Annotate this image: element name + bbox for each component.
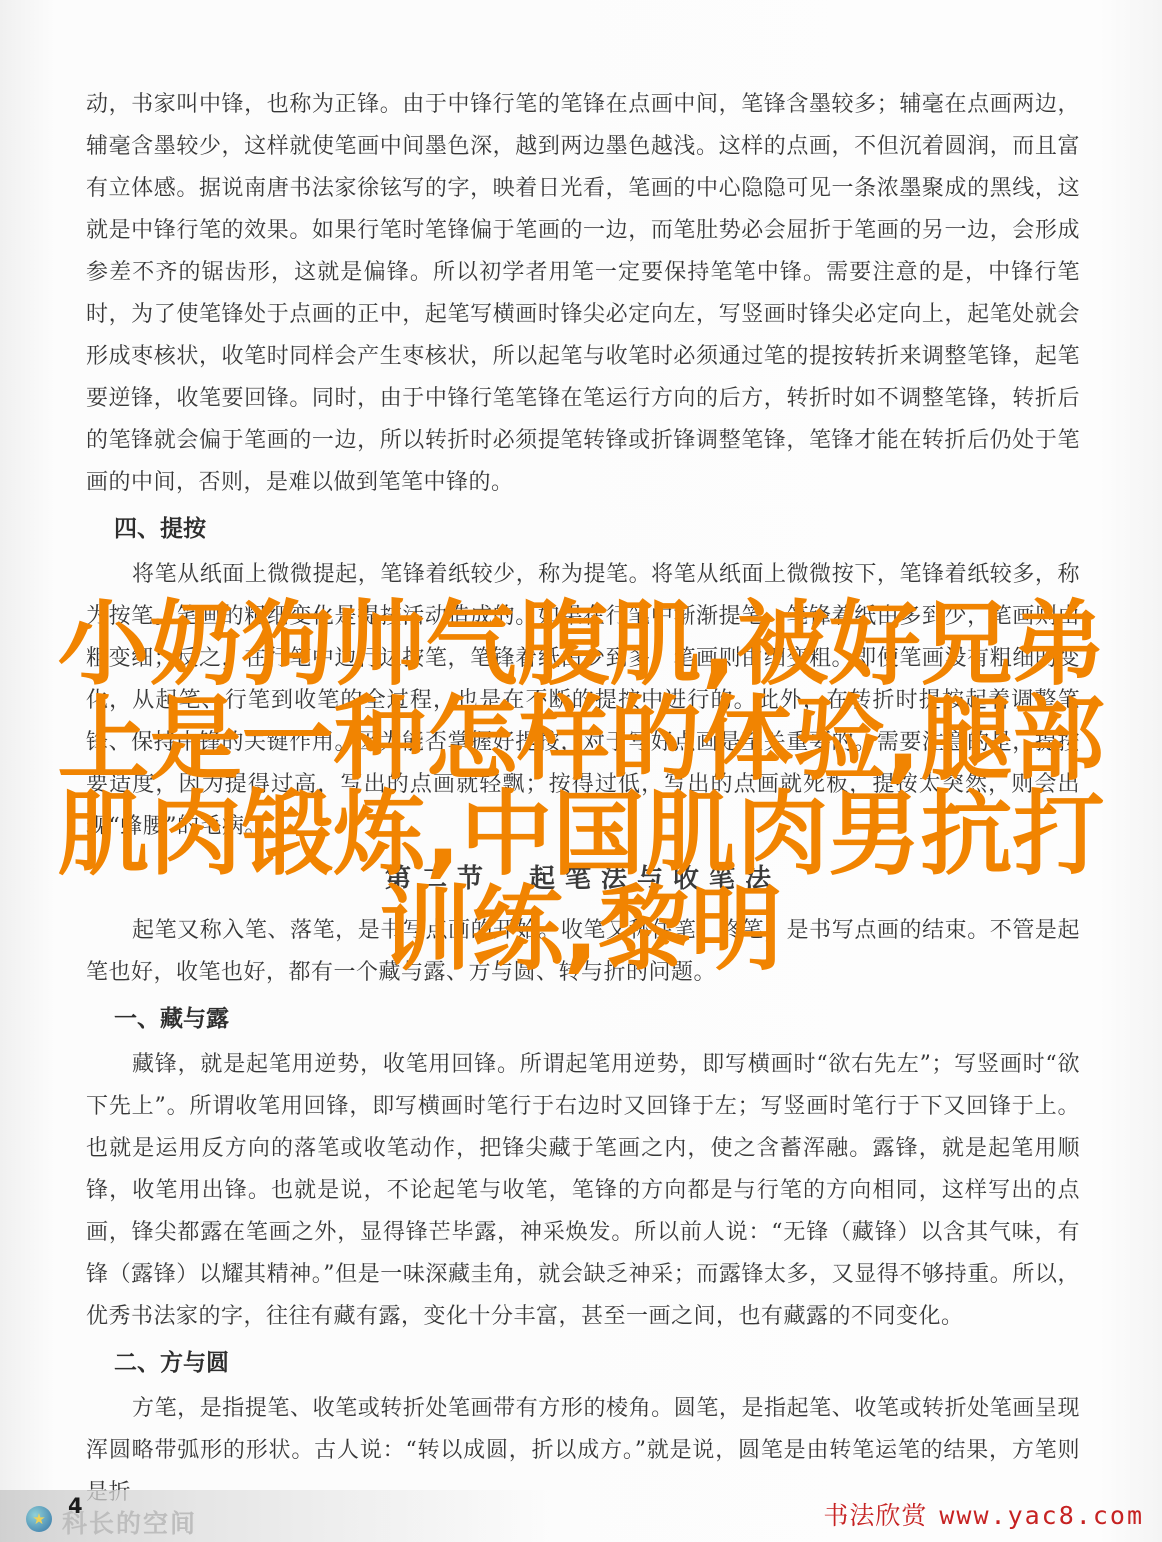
paragraph-tian-an: 将笔从纸面上微微提起，笔锋着纸较少，称为提笔。将笔从纸面上微微按下，笔锋着纸较多… [86,554,1080,848]
section-title: 第二节 起笔法与收笔法 [86,856,1080,902]
site-credit-url: www.yac8.com [939,1501,1144,1530]
heading-cang-lu: 一、藏与露 [114,998,1080,1040]
heading-fang-yuan: 二、方与圆 [114,1342,1080,1384]
heading-tian-an: 四、提按 [114,508,1080,550]
site-credit-name: 书法欣赏 [823,1501,927,1530]
star-badge-icon: ★ [26,1506,52,1532]
paragraph-cang-lu: 藏锋，就是起笔用逆势，收笔用回锋。所谓起笔用逆势，即写横画时“欲右先左”；写竖画… [86,1044,1080,1338]
paragraph-qibi-shoubi: 起笔又称入笔、落笔，是书写点画的开始。收笔又称住笔、终笔，是书写点画的结束。不管… [86,910,1080,994]
watermark-label: 科长的空间 [62,1504,197,1540]
site-credit: 书法欣赏www.yac8.com [823,1496,1144,1532]
paragraph-zhongfeng: 动，书家叫中锋，也称为正锋。由于中锋行笔的笔锋在点画中间，笔锋含墨较多；辅毫在点… [86,84,1080,504]
content-column: 动，书家叫中锋，也称为正锋。由于中锋行笔的笔锋在点画中间，笔锋含墨较多；辅毫在点… [86,84,1080,1514]
scanned-page: 动，书家叫中锋，也称为正锋。由于中锋行笔的笔锋在点画中间，笔锋含墨较多；辅毫在点… [0,0,1162,1542]
